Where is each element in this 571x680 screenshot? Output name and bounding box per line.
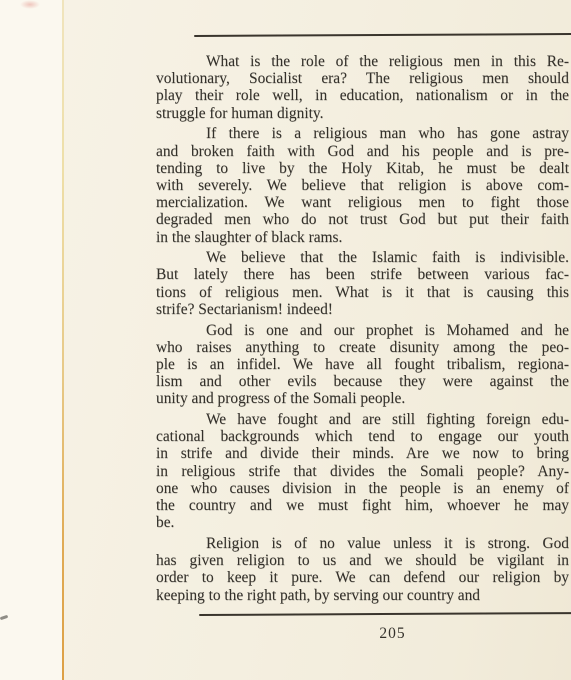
text-line: has given religion to us and we should b… [156, 552, 569, 569]
text-line: cational backgrounds which tend to engag… [156, 428, 569, 445]
paragraph: Religion is of no value unless it is str… [156, 535, 569, 604]
text-line: unity and progress of the Somali people. [156, 390, 569, 407]
text-line: in strife and divide their minds. Are we… [156, 445, 569, 462]
text-line: Religion is of no value unless it is str… [156, 535, 569, 552]
text-line: one who causes division in the people is… [156, 480, 569, 497]
text-line: lism and other evils because they were a… [156, 373, 569, 390]
text-line: and broken faith with God and his people… [156, 143, 569, 160]
paragraph: What is the role of the religious men in… [156, 53, 569, 122]
text-line: mercialization. We want religious men to… [156, 194, 569, 211]
text-line: degraded men who do not trust God but pu… [156, 211, 569, 228]
paragraph: We have fought and are still fighting fo… [156, 411, 569, 531]
book-page-surface: What is the role of the religious men in… [64, 0, 571, 680]
text-line: tending to live by the Holy Kitab, he mu… [156, 160, 569, 177]
text-line: strife? Sectarianism! indeed! [156, 301, 569, 318]
text-line: We believe that the Islamic faith is ind… [156, 249, 569, 266]
text-line: ple is an infidel. We have all fought tr… [156, 356, 569, 373]
paragraph: If there is a religious man who has gone… [156, 125, 569, 245]
text-line: keeping to the right path, by serving ou… [156, 587, 569, 604]
scan-artifact-smudge [20, 0, 40, 9]
scanned-book-page: What is the role of the religious men in… [0, 0, 571, 680]
text-line: struggle for human dignity. [156, 105, 569, 122]
page-text: What is the role of the religious men in… [156, 53, 569, 604]
text-line: But lately there has been strife between… [156, 266, 569, 283]
paragraph: We believe that the Islamic faith is ind… [156, 249, 569, 318]
text-line: order to keep it pure. We can defend our… [156, 569, 569, 586]
page-number: 205 [199, 625, 571, 643]
text-line: in religious strife that divides the Som… [156, 463, 569, 480]
header-rule-divider [194, 33, 571, 37]
text-line: be. [156, 514, 569, 531]
text-line: If there is a religious man who has gone… [156, 125, 569, 142]
text-line: We have fought and are still fighting fo… [156, 411, 569, 428]
text-line: volutionary, Socialist era? The religiou… [156, 70, 569, 87]
footer-rule-divider [199, 612, 571, 616]
text-line: What is the role of the religious men in… [156, 53, 569, 70]
paragraph: God is one and our prophet is Mohamed an… [156, 322, 569, 408]
page-edge-line [62, 0, 64, 680]
scan-artifact-mark [0, 615, 8, 620]
text-line: with severely. We believe that religion … [156, 177, 569, 194]
text-line: God is one and our prophet is Mohamed an… [156, 322, 569, 339]
text-line: in the slaughter of black rams. [156, 229, 569, 246]
text-line: play their role well, in education, nati… [156, 87, 569, 104]
text-line: who raises anything to create disunity a… [156, 339, 569, 356]
text-line: the country and we must fight him, whoev… [156, 497, 569, 514]
text-line: tions of religious men. What is it that … [156, 284, 569, 301]
